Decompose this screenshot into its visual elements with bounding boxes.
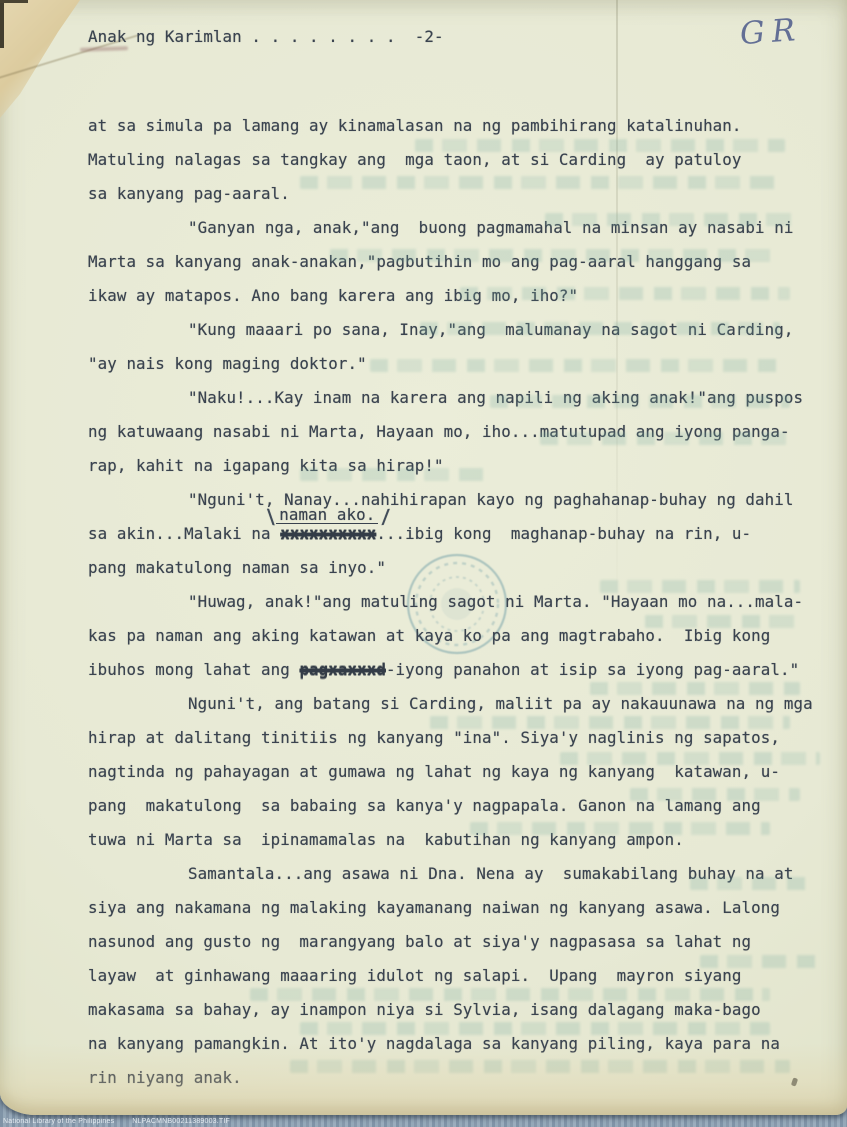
typed-line: sa akin...Malaki na xxxxxxxxxxnaman ako.… [88, 517, 808, 551]
ghost-text-line [600, 580, 800, 593]
ghost-text-line [415, 139, 785, 152]
ghost-text-line [430, 716, 790, 729]
ghost-text-line [300, 468, 490, 481]
ghost-text-line [330, 249, 780, 262]
ghost-text-line [250, 988, 770, 1001]
ghost-text-line [590, 682, 800, 695]
ghost-text-line [700, 955, 820, 968]
ghost-text-line [420, 322, 780, 335]
ghost-text-line [630, 788, 800, 801]
page-edge-shadow [0, 0, 28, 3]
typed-line: rin niyang anak. [88, 1061, 808, 1095]
typed-insertion-above: naman ako. [276, 506, 378, 524]
ghost-text-line [540, 432, 790, 445]
page-number: -2- [396, 27, 444, 46]
ghost-text-line [690, 877, 810, 890]
ghost-text-line [490, 395, 790, 408]
typed-line: at sa simula pa lamang ay kinamalasan na… [88, 109, 808, 143]
ghost-text-line [560, 752, 820, 765]
typed-line: siya ang nakamana ng malaking kayamanang… [88, 891, 808, 925]
ghost-text-line [545, 213, 795, 226]
pen-smudge [80, 46, 128, 52]
typed-line: "Nguni't, Nanay...nahihirapan kayo ng pa… [88, 483, 808, 517]
ghost-text-line [300, 1022, 770, 1035]
ghost-text-line [300, 176, 780, 189]
scanner-strip: National Library of the Philippines NLPA… [0, 1112, 847, 1127]
watermark-library: National Library of the Philippines [3, 1118, 114, 1125]
ink-speck [791, 1077, 798, 1086]
struck-out-text: xxxxxxxxxxnaman ako. [280, 517, 376, 551]
document-title: Anak ng Karimlan [88, 27, 242, 46]
scanned-page: Anak ng Karimlan . . . . . . . . -2- GR … [0, 0, 847, 1115]
ghost-text-line [470, 822, 770, 835]
ghost-text-line [645, 615, 800, 628]
watermark-file-label: NLPACMNB00211389003.TIF [132, 1118, 230, 1125]
page-edge-shadow [0, 0, 4, 48]
handwritten-annotation: GR [739, 12, 803, 52]
ghost-text-line [290, 1060, 790, 1073]
page-header: Anak ng Karimlan . . . . . . . . -2- [88, 27, 444, 46]
ghost-text-line [370, 359, 780, 372]
struck-out-text: pagxaxxxd [299, 653, 386, 687]
ghost-text-line [460, 287, 790, 300]
typed-line: nasunod ang gusto ng marangyang balo at … [88, 925, 808, 959]
dot-leader: . . . . . . . . [242, 27, 396, 46]
